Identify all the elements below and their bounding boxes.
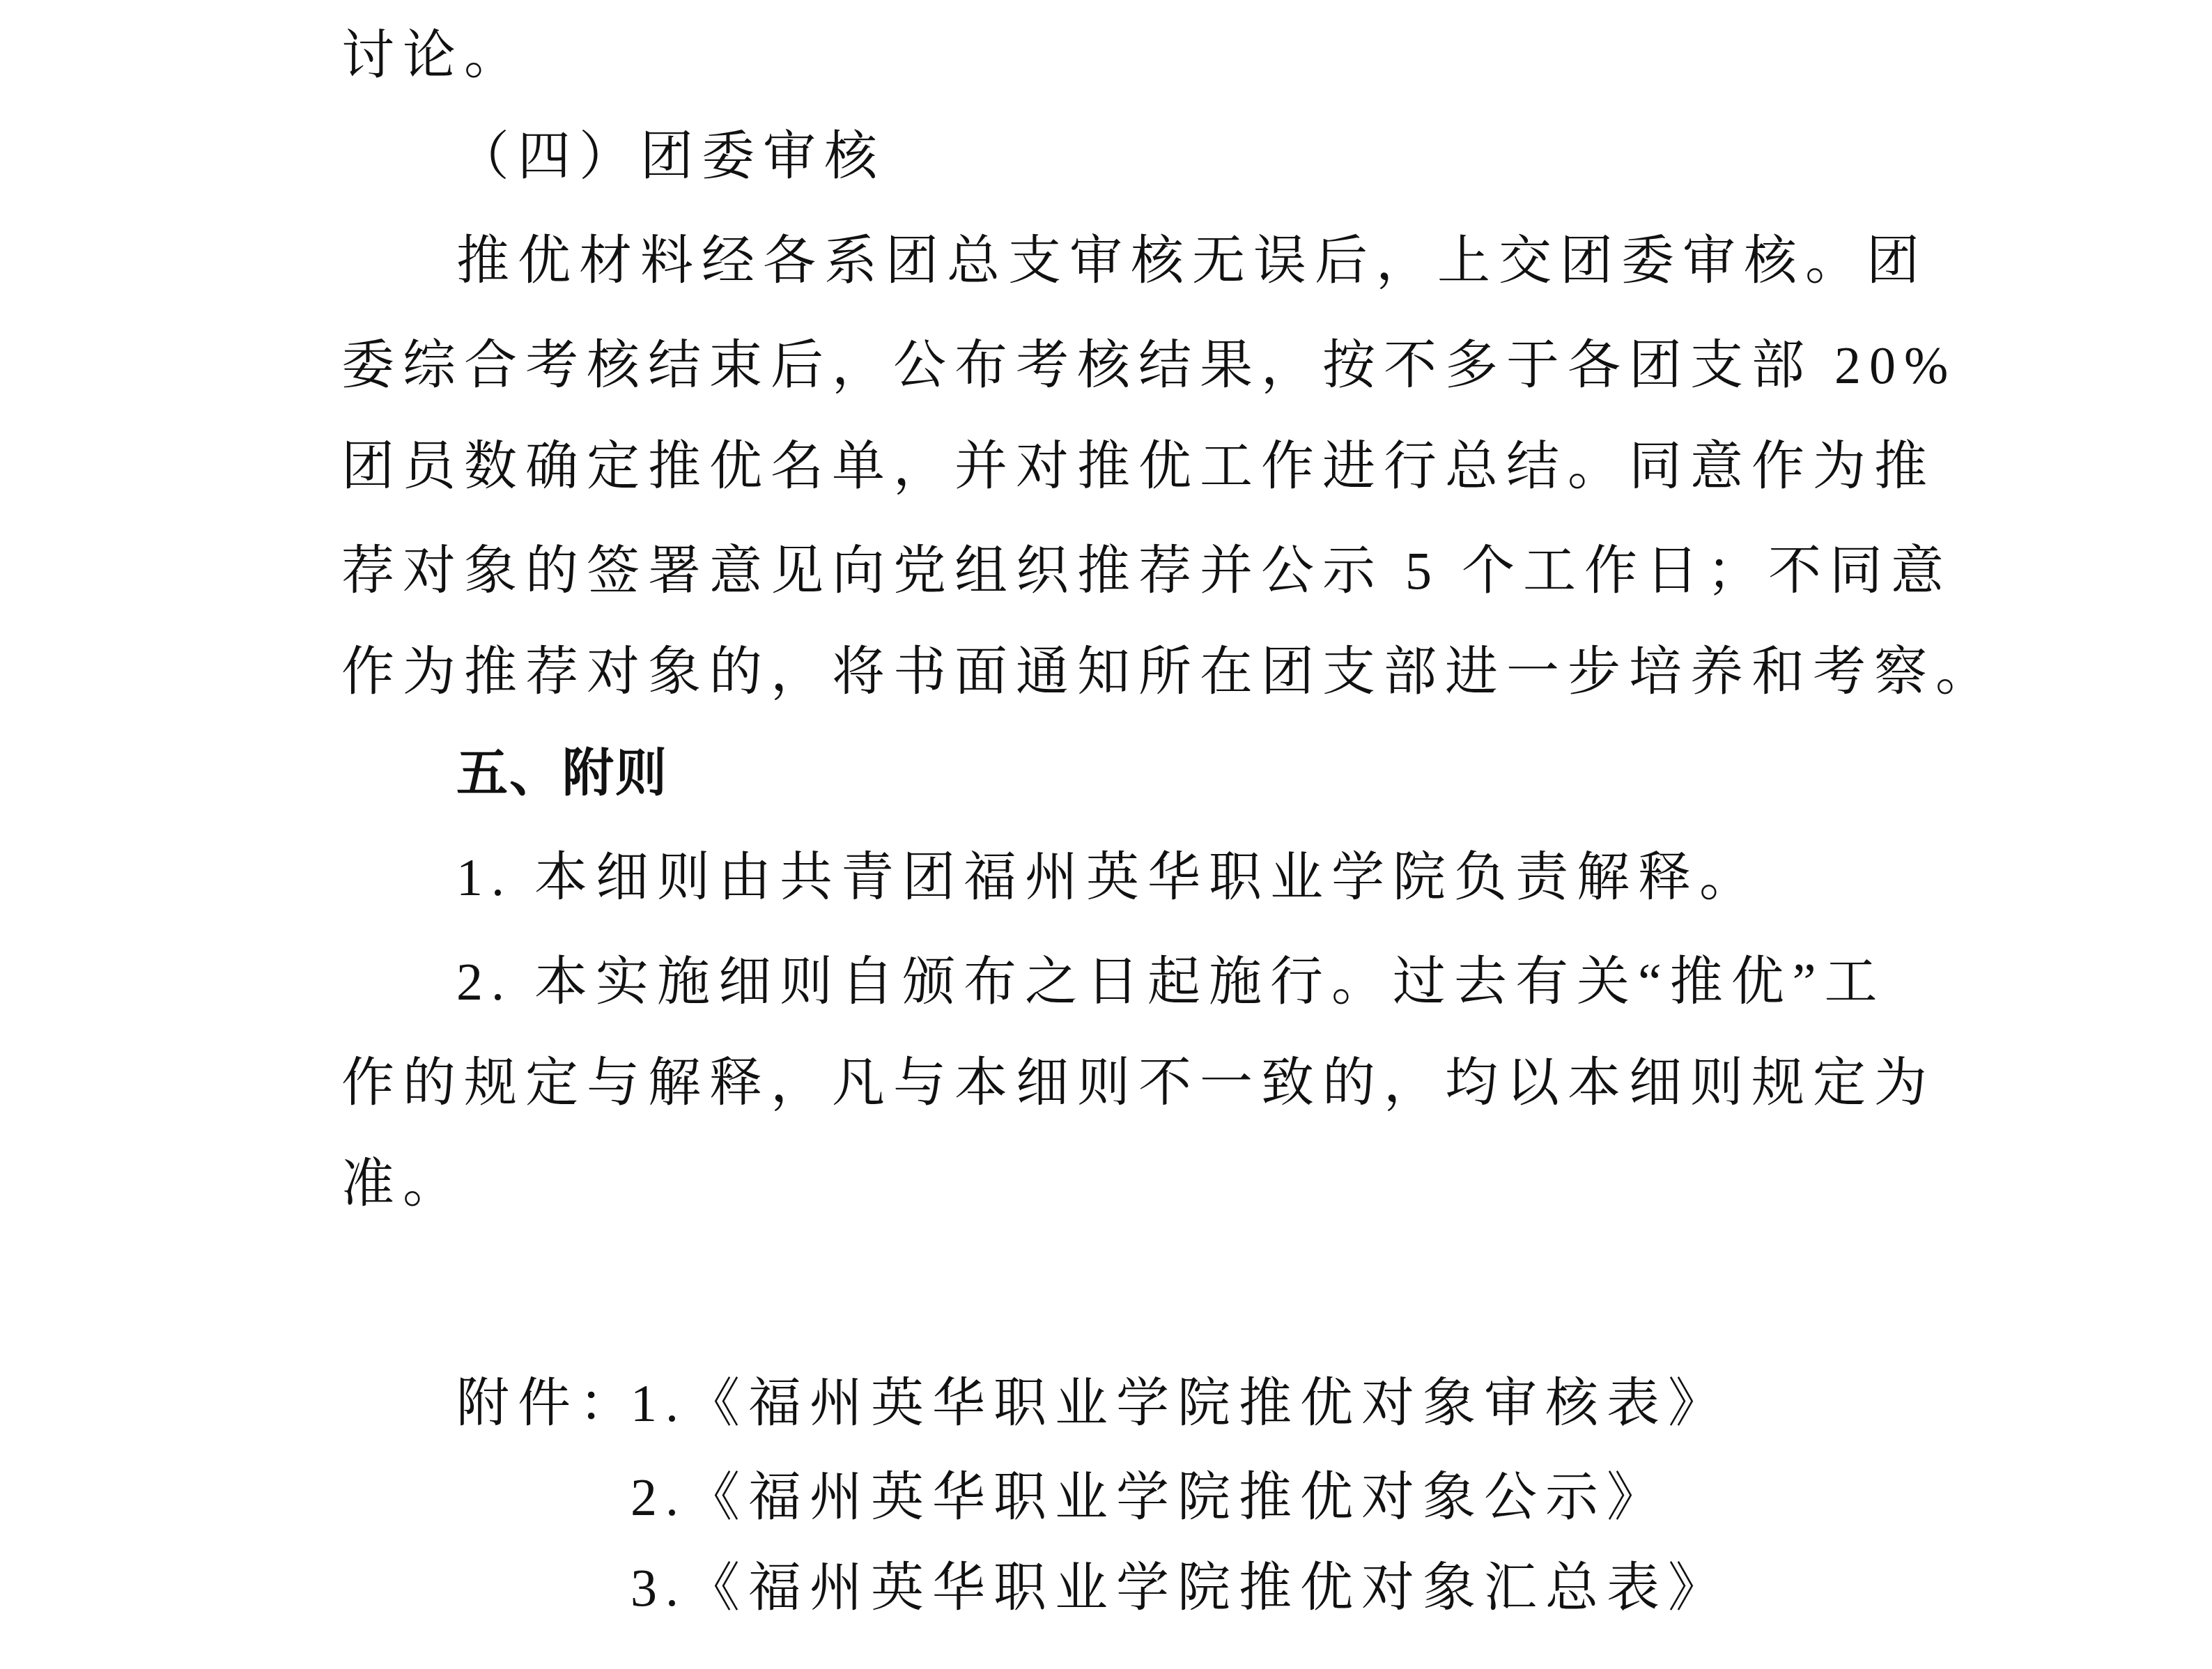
paragraph-line-discussion-end: 讨论。 xyxy=(341,21,525,91)
paragraph-line: 团员数确定推优名单，并对推优工作进行总结。同意作为推 xyxy=(341,432,1935,502)
attachment-item-1: 1.《福州英华职业学院推优对象审核表》 xyxy=(631,1369,1729,1438)
rule-item-1: 1. 本细则由共青团福州英华职业学院负责解释。 xyxy=(456,843,1761,913)
document-page: 讨论。 （四）团委审核 推优材料经各系团总支审核无误后，上交团委审核。团 委综合… xyxy=(0,0,2212,1669)
rule-item-2-end: 准。 xyxy=(341,1149,464,1219)
rule-item-2-continued: 作的规定与解释，凡与本细则不一致的，均以本细则规定为 xyxy=(341,1048,1935,1118)
rule-item-2: 2. 本实施细则自颁布之日起施行。过去有关“推优”工 xyxy=(456,947,1885,1017)
subsection-heading-league-review: （四）团委审核 xyxy=(456,122,885,192)
section-heading-supplementary-provisions: 五、附则 xyxy=(456,738,668,808)
paragraph-line: 委综合考核结束后，公布考核结果，按不多于各团支部 20% xyxy=(341,331,1956,401)
attachment-item-2: 2.《福州英华职业学院推优对象公示》 xyxy=(631,1463,1668,1532)
paragraph-line: 作为推荐对象的，将书面通知所在团支部进一步培养和考察。 xyxy=(341,637,1997,707)
paragraph-line: 推优材料经各系团总支审核无误后，上交团委审核。团 xyxy=(456,226,1928,296)
paragraph-line: 荐对象的签署意见向党组织推荐并公示 5 个工作日；不同意 xyxy=(341,536,1952,606)
attachments-label: 附件： xyxy=(456,1369,640,1438)
attachment-item-3: 3.《福州英华职业学院推优对象汇总表》 xyxy=(631,1553,1729,1623)
